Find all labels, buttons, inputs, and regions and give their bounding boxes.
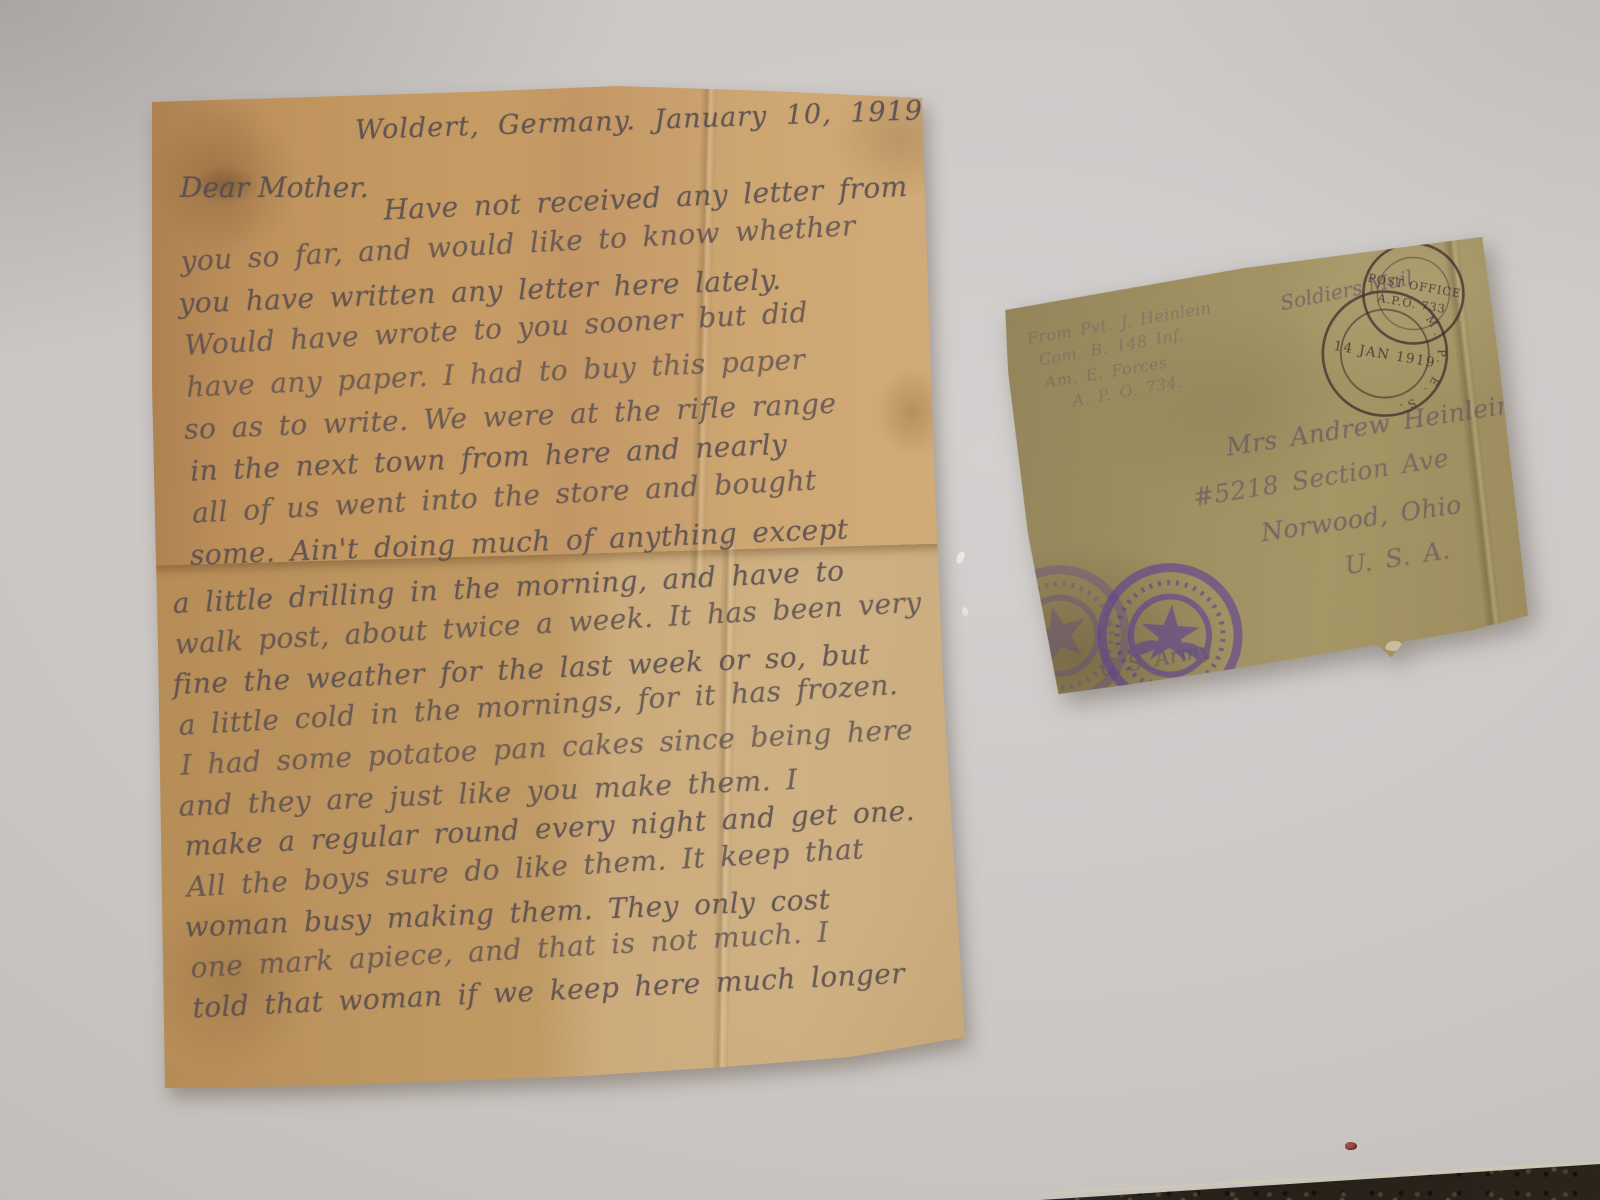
envelope-torn-fiber [1386, 640, 1403, 652]
postmark-stamp: POST OFFICE A.P.O. 733 M. P. E. S. 14 JA… [1292, 236, 1518, 458]
letter-body-bottom: a little drilling in the morning, and ha… [172, 548, 965, 1056]
address-line: U. S. A. [1343, 535, 1452, 580]
red-speck [1345, 1142, 1357, 1150]
letter-paper: Woldert, Germany. January 10, 1919. Dear… [150, 85, 965, 1090]
handwritten-letter: Woldert, Germany. January 10, 1919. Dear… [150, 85, 965, 1090]
letter-body-top: Have not received any letter fromyou so … [178, 169, 955, 603]
envelope: From Pvt. J. HeinleinCom. B. 148 Inf.Am.… [999, 236, 1533, 696]
envelope-paper: From Pvt. J. HeinleinCom. B. 148 Inf.Am.… [999, 236, 1533, 696]
photo-of-letter-and-envelope: Woldert, Germany. January 10, 1919. Dear… [0, 0, 1600, 1200]
